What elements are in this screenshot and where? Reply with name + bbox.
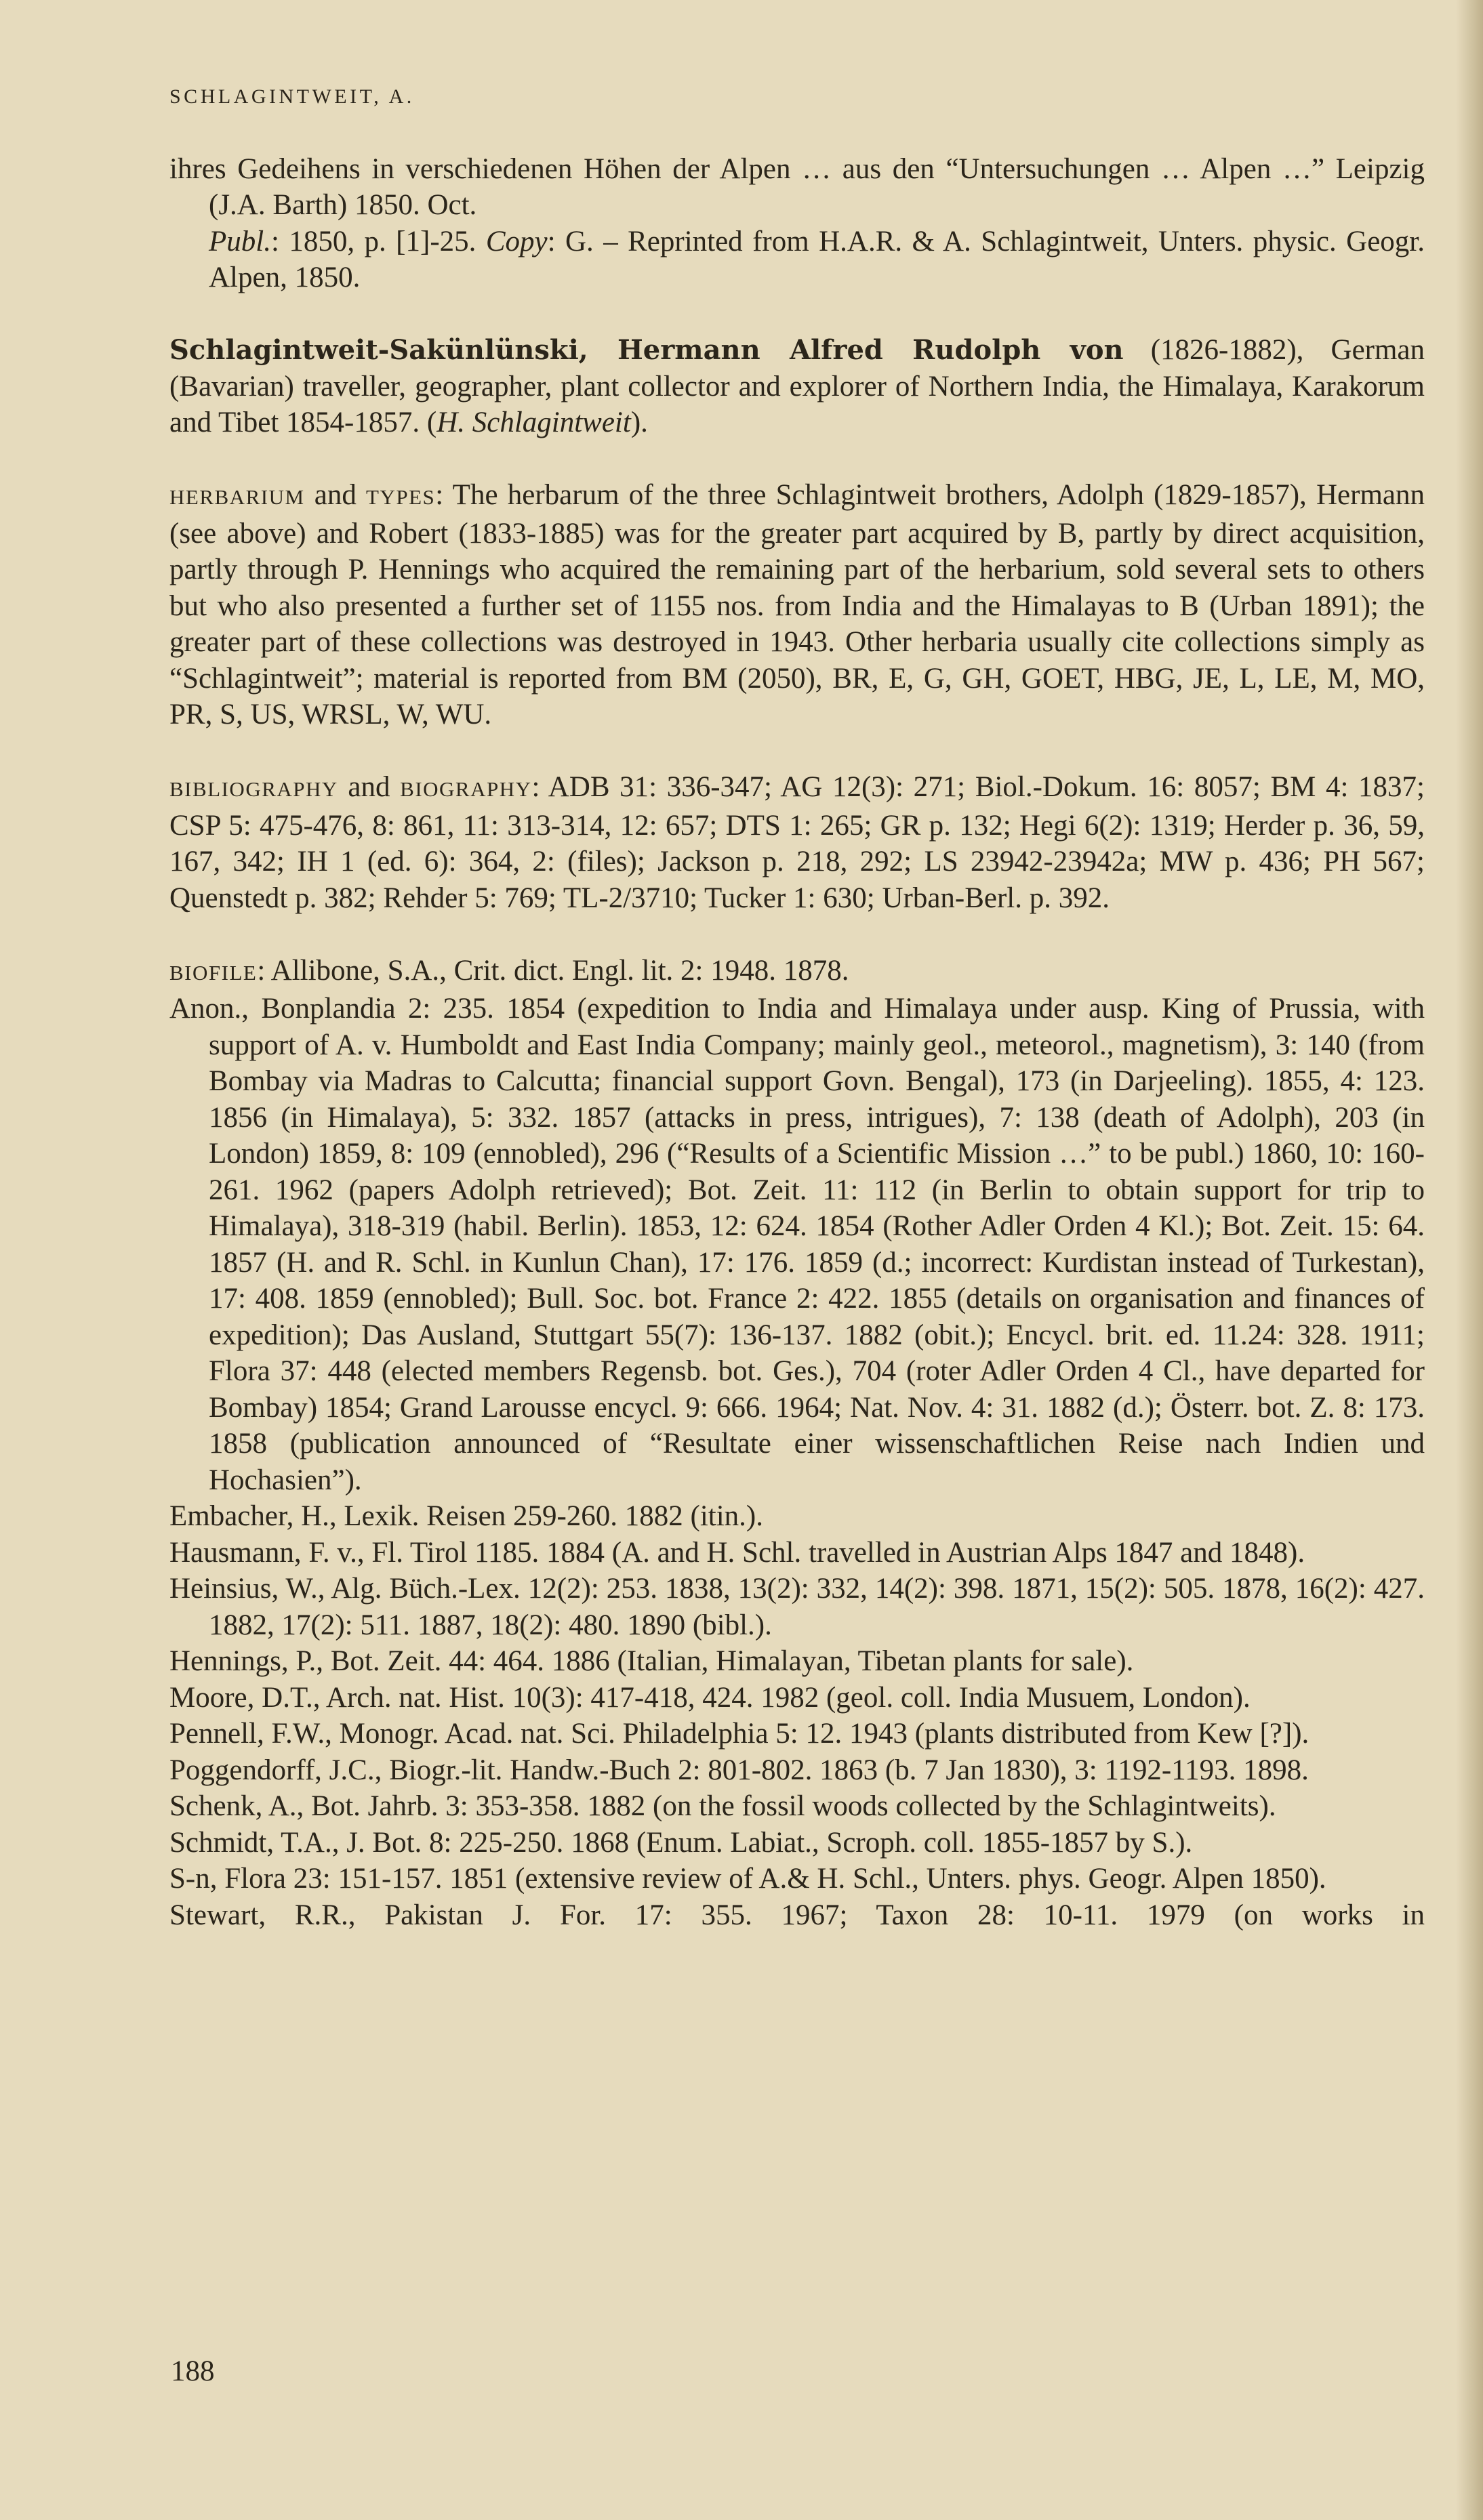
biofile-first-text: : Allibone, S.A., Crit. dict. Engl. lit.… — [257, 955, 849, 987]
biofile-item: Embacher, H., Lexik. Reisen 259-260. 188… — [169, 1498, 1425, 1535]
book-page: SCHLAGINTWEIT, A. ihres Gedeihens in ver… — [169, 79, 1425, 1933]
biofile-item: Moore, D.T., Arch. nat. Hist. 10(3): 417… — [169, 1680, 1425, 1716]
biofile-item: Hausmann, F. v., Fl. Tirol 1185. 1884 (A… — [169, 1535, 1425, 1571]
page-gutter-shadow — [1456, 0, 1483, 2520]
bibliography-label: bibliography — [169, 777, 338, 801]
continued-entry: ihres Gedeihens in verschiedenen Höhen d… — [169, 151, 1425, 296]
herbarium-section: herbarium and types: The herbarum of the… — [169, 477, 1425, 733]
biofile-item: Poggendorff, J.C., Biogr.-lit. Handw.-Bu… — [169, 1752, 1425, 1789]
copy-label: Copy — [486, 226, 548, 257]
types-label: types — [366, 485, 435, 509]
bibliography-label-and: and — [338, 771, 400, 803]
herbarium-label: herbarium — [169, 485, 305, 509]
biofile-section: biofile: Allibone, S.A., Crit. dict. Eng… — [169, 953, 1425, 1934]
entry-heading: Schlagintweit-Sakünlünski, Hermann Alfre… — [169, 332, 1425, 441]
bibliography-section: bibliography and biography: ADB 31: 336-… — [169, 769, 1425, 916]
publ-label: Publ. — [209, 226, 271, 257]
entry-abbreviation: H. Schlagintweit — [436, 407, 631, 438]
biofile-item: Hennings, P., Bot. Zeit. 44: 464. 1886 (… — [169, 1643, 1425, 1680]
biofile-first-item: biofile: Allibone, S.A., Crit. dict. Eng… — [169, 953, 1425, 991]
biofile-item: S-n, Flora 23: 151-157. 1851 (extensive … — [169, 1861, 1425, 1897]
biofile-item: Anon., Bonplandia 2: 235. 1854 (expediti… — [169, 991, 1425, 1498]
herbarium-label-and: and — [305, 479, 367, 511]
herbarium-text: : The herbarum of the three Schlagintwei… — [169, 479, 1425, 730]
biography-label: biography — [400, 777, 531, 801]
entry-name: Schlagintweit-Sakünlünski, Hermann Alfre… — [169, 334, 1124, 366]
biofile-item: Pennell, F.W., Monogr. Acad. nat. Sci. P… — [169, 1716, 1425, 1752]
biofile-item: Schenk, A., Bot. Jahrb. 3: 353-358. 1882… — [169, 1788, 1425, 1825]
continued-entry-text: ihres Gedeihens in verschiedenen Höhen d… — [169, 153, 1425, 222]
biofile-item: Heinsius, W., Alg. Büch.-Lex. 12(2): 253… — [169, 1571, 1425, 1643]
entry-description-end: ). — [631, 407, 648, 438]
running-head: SCHLAGINTWEIT, A. — [169, 79, 1425, 115]
biofile-label: biofile — [169, 961, 257, 985]
page-number: 188 — [171, 2353, 215, 2390]
biofile-item: Stewart, R.R., Pakistan J. For. 17: 355.… — [169, 1897, 1425, 1934]
publ-text: : 1850, p. [1]-25. — [271, 226, 486, 257]
biofile-item: Schmidt, T.A., J. Bot. 8: 225-250. 1868 … — [169, 1825, 1425, 1861]
